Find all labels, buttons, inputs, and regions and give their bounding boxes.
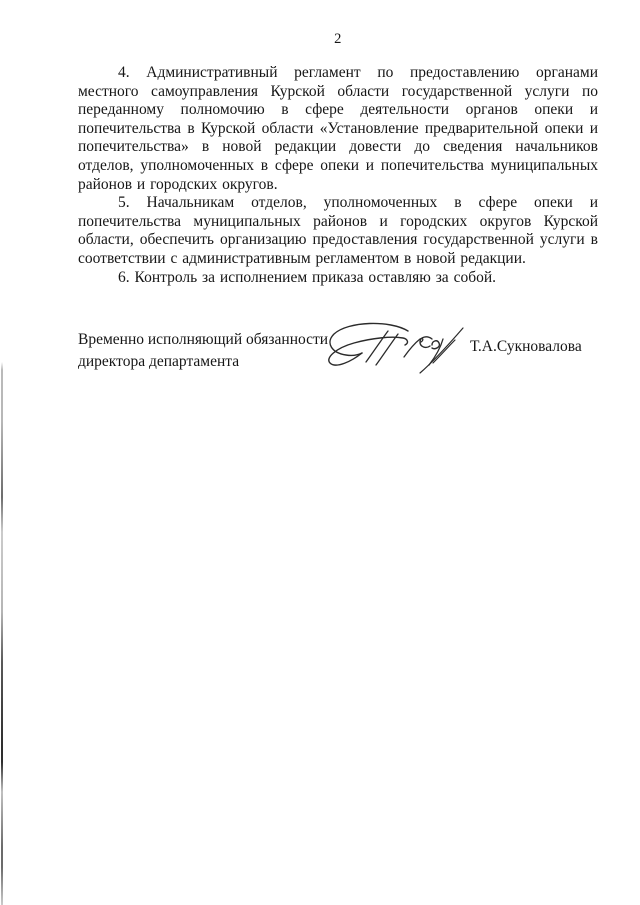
signatory-role-line-1: Временно исполняющий обязанности (78, 329, 328, 351)
page-number: 2 (78, 31, 598, 48)
signatory-name: Т.А.Сукновалова (470, 338, 582, 356)
page-content: 2 4. Административный регламент по предо… (78, 0, 598, 413)
signatory-role-line-2: директора департамента (78, 351, 328, 373)
scan-artifact-line (1, 362, 3, 905)
paragraph-item-4: 4. Административный регламент по предост… (78, 64, 598, 194)
paragraph-item-5: 5. Начальникам отделов, уполномоченных в… (78, 194, 598, 268)
signature-block: Временно исполняющий обязанности директо… (78, 329, 598, 413)
handwritten-signature-icon (316, 315, 466, 387)
signatory-role: Временно исполняющий обязанности директо… (78, 329, 328, 372)
paragraph-item-6: 6. Контроль за исполнением приказа остав… (78, 269, 598, 288)
document-body: 4. Административный регламент по предост… (78, 64, 598, 287)
scanned-document-page: 2 4. Административный регламент по предо… (0, 0, 640, 905)
